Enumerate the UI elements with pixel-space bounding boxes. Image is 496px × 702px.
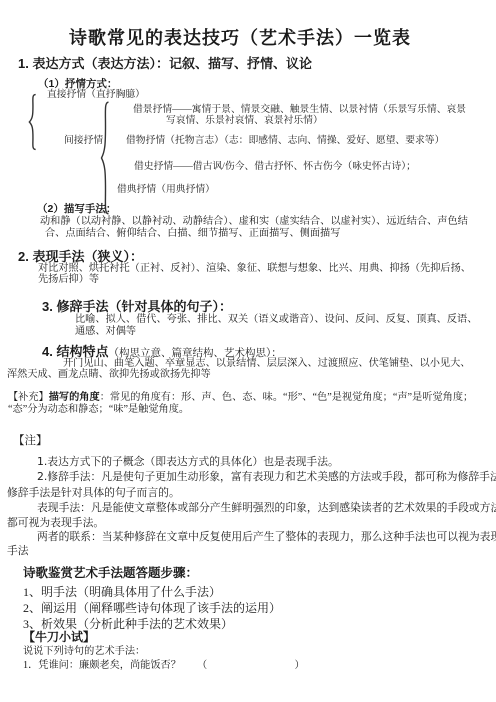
describe-line1: 动和静（以动衬静、以静衬动、动静结合）、虚和实（虚实结合、以虚衬实）、远近结合、… [40,216,468,229]
section3-line2: 通感、对偶等 [75,326,136,339]
practice-label: 【牛刀小试】 [23,630,95,645]
note-line4: 表现手法：凡是能使文章整体或部分产生鲜明强烈的印象，达到感染读者的艺术效果的手段… [37,501,496,514]
direct-lyric-line: 直接抒情（直抒胸臆） [47,89,145,101]
document-page: 诗歌常见的表达技巧（艺术手法）一览表 1. 表达方式（表达方法）：记叙、描写、抒… [0,0,496,702]
section4-heading-main: 4. 结构特点 [42,344,108,359]
practice-intro: 说说下列诗句的艺术手法： [23,646,145,659]
note-label: 【注】 [13,433,48,447]
lyric-by-scene-line2: 写哀情、乐景衬哀情、哀景衬乐情） [166,115,323,127]
lyric-by-object-line: 借物抒情（托物言志）（志：即感情、志向、情操、爱好、愿望、要求等） [126,135,444,147]
note-line5: 都可视为表现手法。 [7,516,104,529]
section2-line1: 对比对照、烘托衬托（正衬、反衬）、渲染、象征、联想与想象、比兴、用典、抑扬（先抑… [38,263,471,276]
describe-line2: 合、点面结合、俯仰结合、白描、细节描写、正面描写、侧面描写 [45,228,340,241]
section2-line2: 先扬后抑）等 [38,274,99,287]
section1-heading: 1. 表达方式（表达方法）：记叙、描写、抒情、议论 [18,56,312,72]
practice-question1-blank: （ ） [197,660,307,673]
note-line3: 修辞手法是针对具体的句子而言的。 [7,486,180,499]
lyric-by-allusion-line: 借典抒情（用典抒情） [117,184,215,196]
section3-heading: 3. 修辞手法（针对具体的句子）： [42,299,232,315]
inner-brace-shape [100,101,110,215]
describe-method-label: （2）描写手法： [37,203,116,216]
note-line2: 2.修辞手法：凡是使句子更加生动形象，富有表现力和艺术美感的方法或手段，都可称为… [37,470,496,483]
page-title: 诗歌常见的表达技巧（艺术手法）一览表 [0,27,480,50]
note-line6: 两者的联系：当某种修辞在文章中反复使用后产生了整体的表现力，那么这种手法也可以视… [37,530,496,543]
outer-brace-shape [28,94,37,150]
steps-line1: 1、明手法（明确具体用了什么手法） [23,585,221,600]
section3-line1: 比喻、拟人、借代、夸张、排比、双关（语义或谐音）、设问、反问、反复、顶真、反语、 [75,314,477,327]
note-line1: 1.表达方式下的子概念（即表达方式的具体化）也是表现手法。 [37,455,339,468]
steps-line2: 2、阐运用（阐释哪些诗句体现了该手法的运用） [23,601,281,616]
supplement-bracket: 【补充】 [8,392,49,403]
section4-line2: 浑然天成、画龙点睛、欲抑先扬或欲扬先抑等 [7,369,211,382]
supplement-line2: “态”分为动态和静态；“味”是触觉角度。 [8,404,189,417]
supplement-line1: 【补充】描写的角度：常见的角度有：形、声、色、态、味。“形”、“色”是视觉角度；… [8,392,473,405]
supplement-text1: ：常见的角度有：形、声、色、态、味。“形”、“色”是视觉角度；“声”是听觉角度； [100,392,474,403]
practice-question1: 1．凭谁问：廉颇老矣，尚能饭否？ [23,660,181,673]
steps-heading: 诗歌鉴赏艺术手法题答题步骤： [23,566,198,582]
indirect-lyric-label: 间接抒情 [64,135,103,147]
lyric-by-history-line: 借史抒情——借古讽/伤今、借古抒怀、怀古伤今（咏史怀古诗）； [134,161,416,173]
supplement-bold-label: 描写的角度 [49,392,100,403]
note-line7: 手法 [7,544,29,557]
